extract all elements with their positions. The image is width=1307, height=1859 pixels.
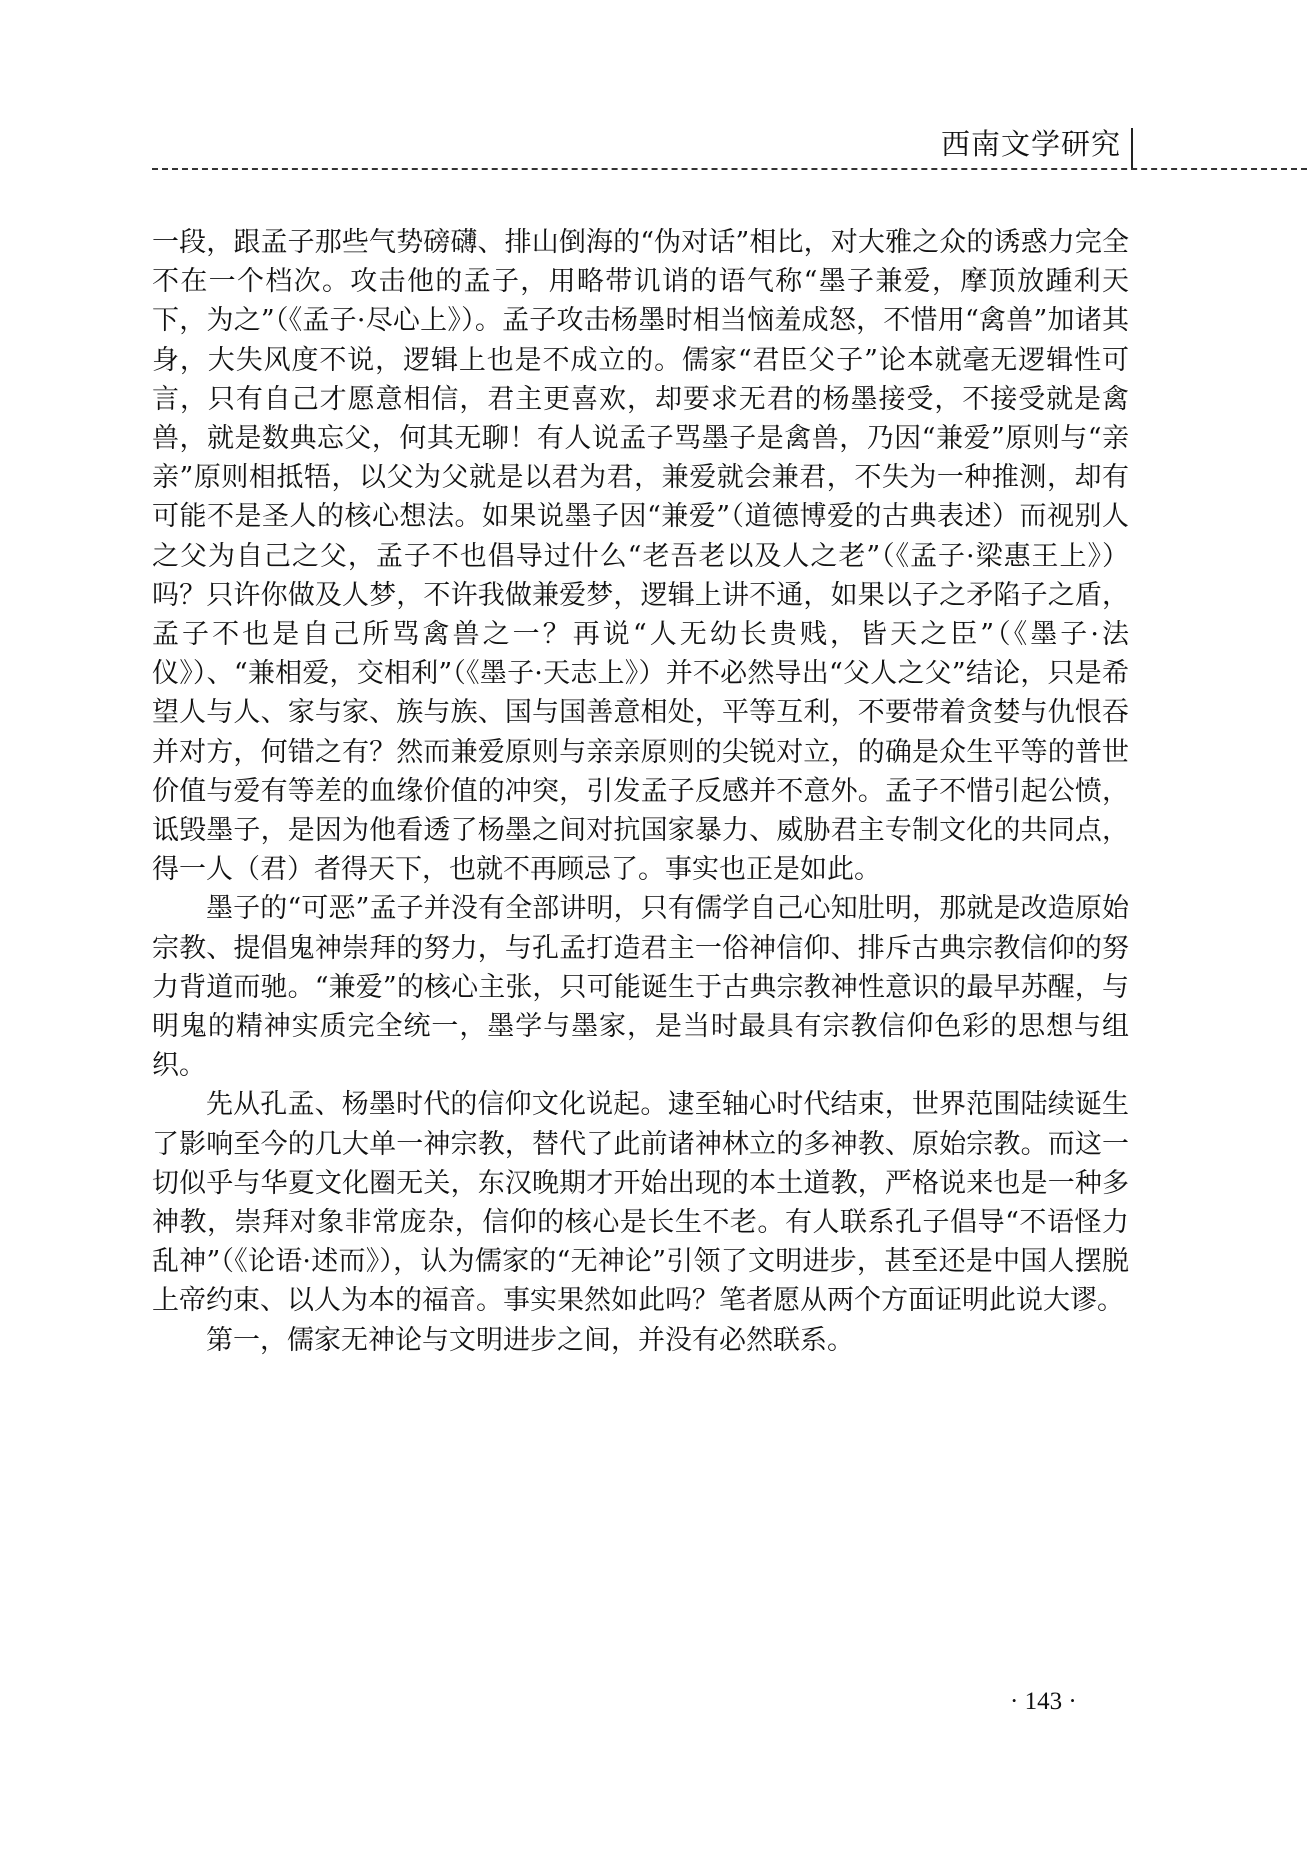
header-dashed-rule (152, 168, 1307, 170)
page-number: · 143 · (1010, 1688, 1077, 1716)
paragraph-4: 第一，儒家无神论与文明进步之间，并没有必然联系。 (152, 1321, 1129, 1360)
paragraph-3: 先从孔孟、杨墨时代的信仰文化说起。逮至轴心时代结束，世界范围陆续诞生了影响至今的… (152, 1085, 1129, 1320)
paragraph-2: 墨子的“可恶”孟子并没有全部讲明，只有儒学自己心知肚明，那就是改造原始宗教、提倡… (152, 889, 1129, 1085)
paragraph-1: 一段，跟孟子那些气势磅礴、排山倒海的“伪对话”相比，对大雅之众的诱惑力完全不在一… (152, 223, 1129, 889)
journal-title: 西南文学研究 (941, 124, 1121, 164)
header-divider-bar (1131, 128, 1133, 170)
article-body: 一段，跟孟子那些气势磅礴、排山倒海的“伪对话”相比，对大雅之众的诱惑力完全不在一… (152, 223, 1129, 1360)
